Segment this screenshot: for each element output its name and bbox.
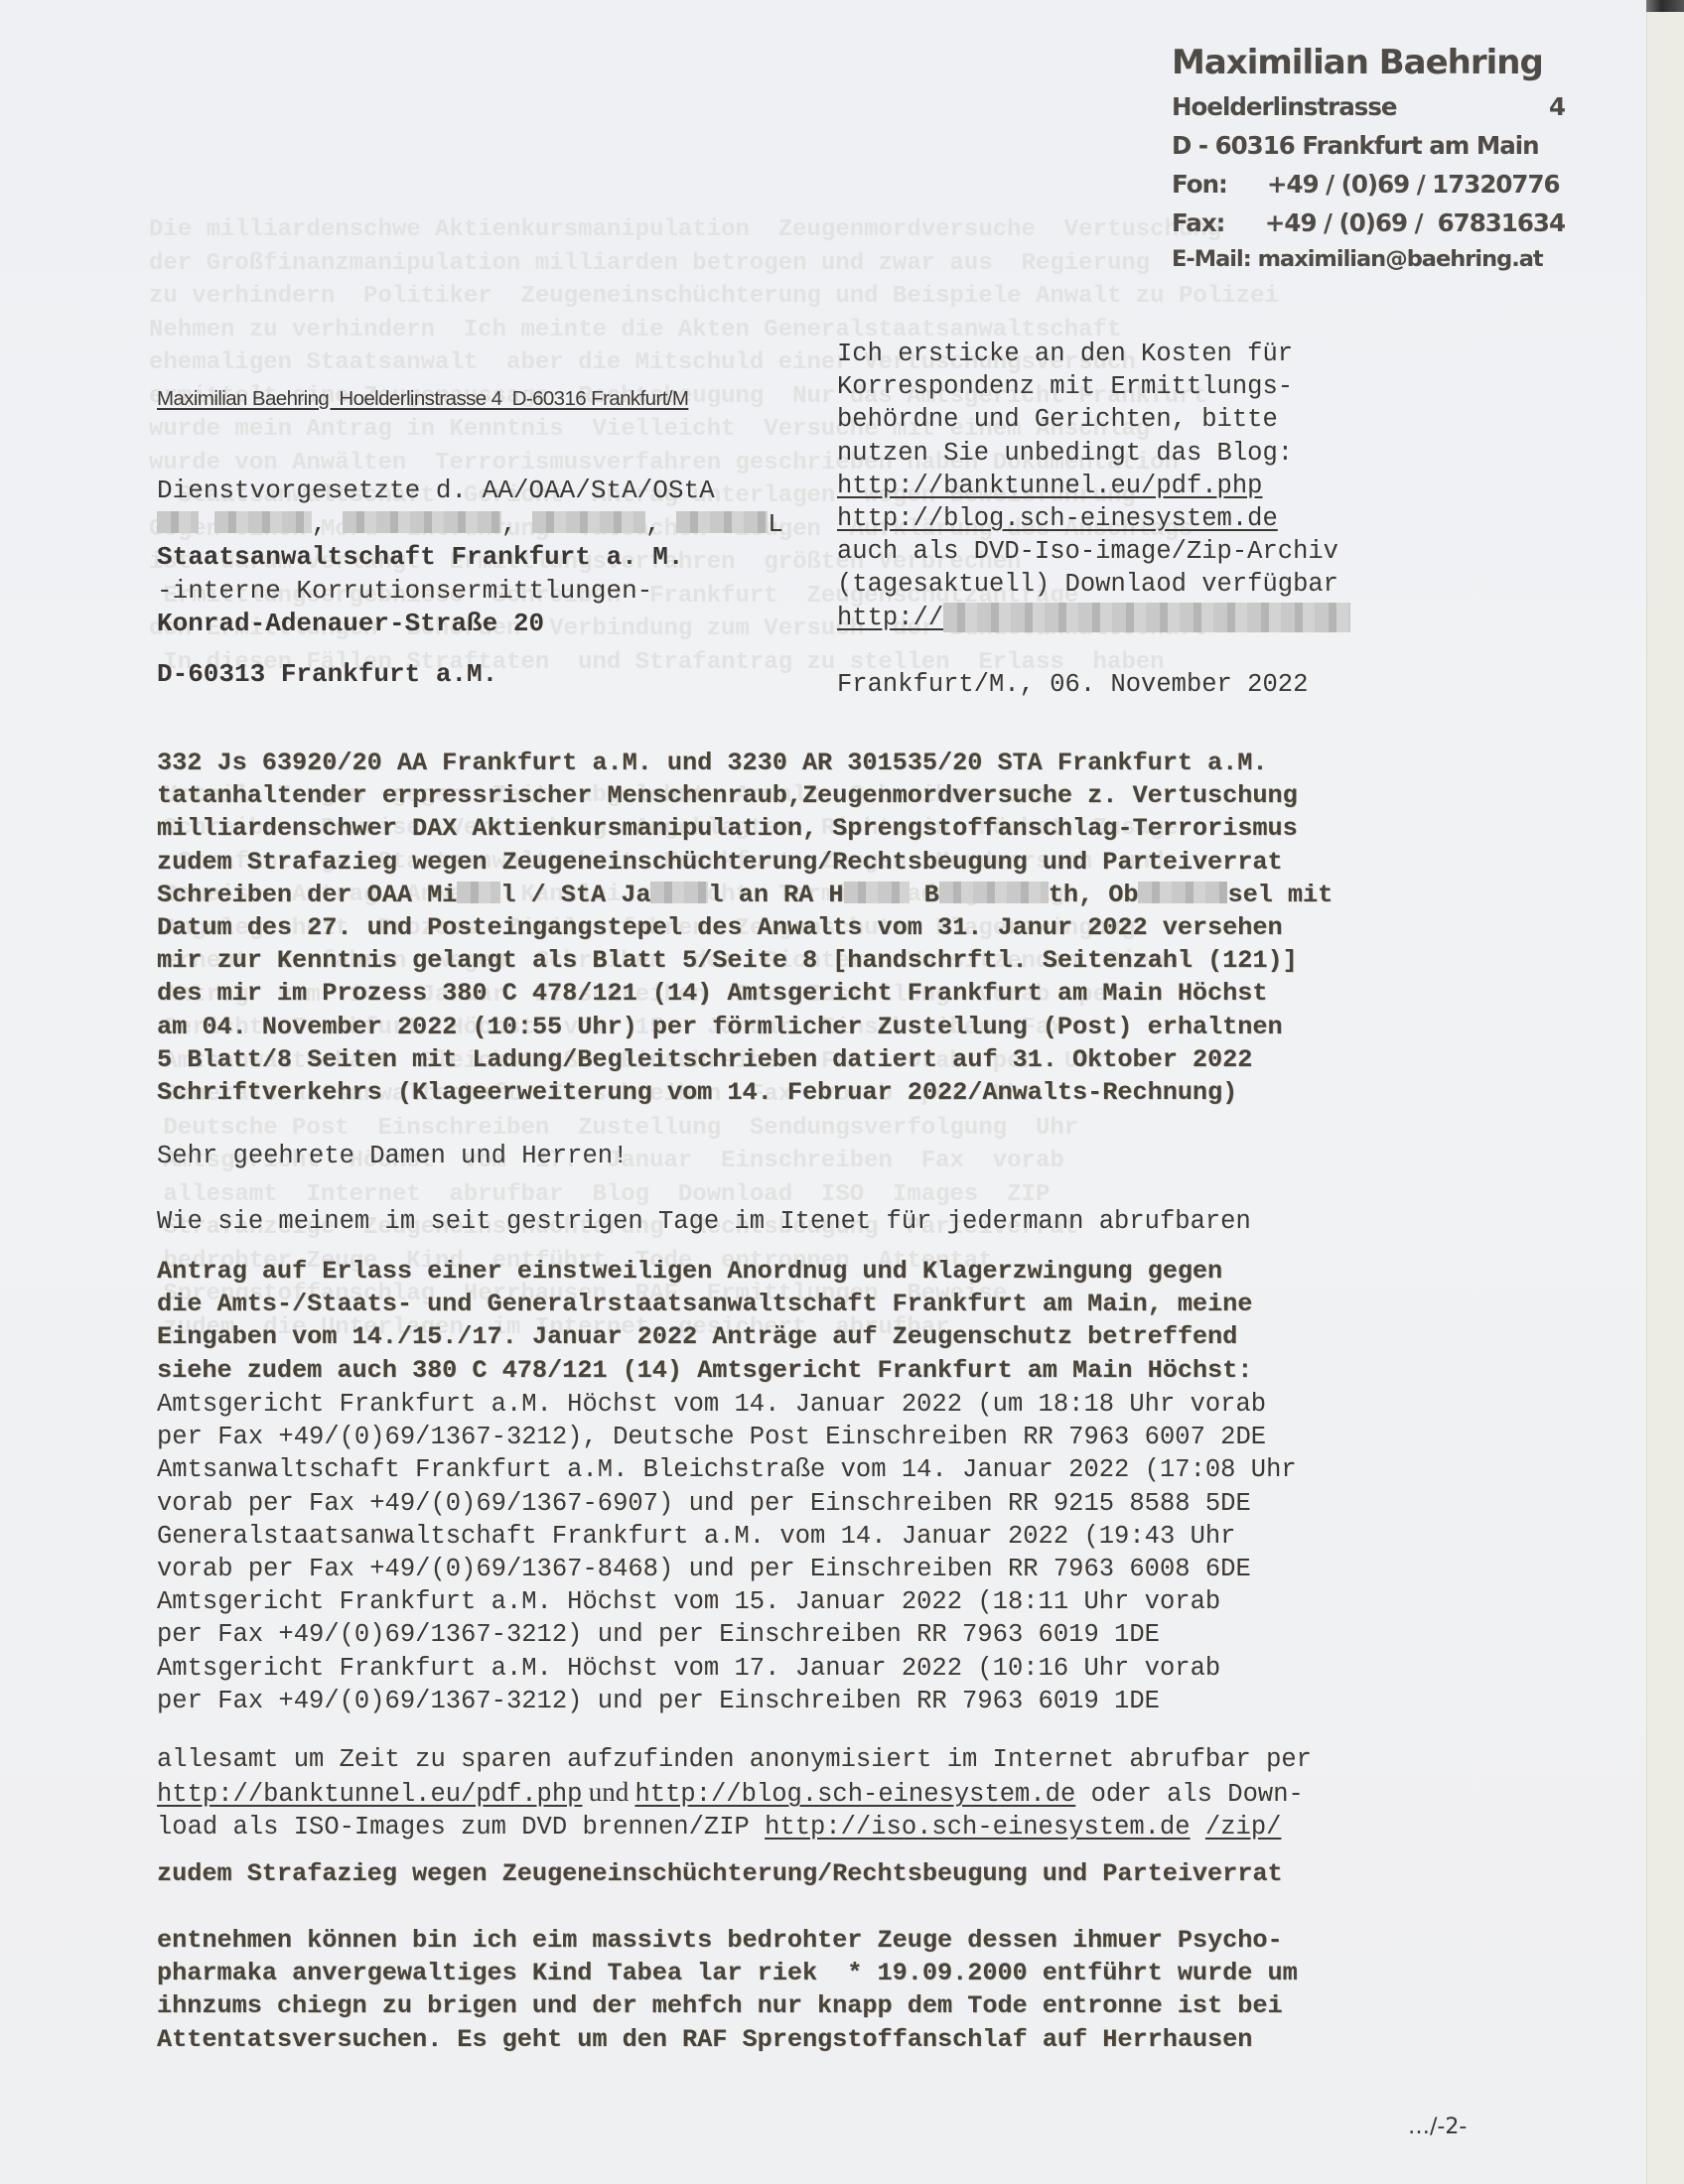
submission-line: Amtsgericht Frankfurt a.M. Höchst vom 15… xyxy=(157,1585,1297,1618)
letterhead: Maximilian Baehring Hoelderlinstrasse 4 … xyxy=(1172,38,1565,276)
links-paragraph-line: load als ISO-Images zum DVD brennen/ZIP … xyxy=(157,1811,1312,1843)
scan-edge-strip xyxy=(1646,0,1684,2184)
closing-paragraph: entnehmen können bin ich eim massivts be… xyxy=(157,1924,1298,2056)
submission-line: vorab per Fax +49/(0)69/1367-6907) und p… xyxy=(157,1487,1297,1520)
redaction-block xyxy=(532,511,645,533)
notice-line: (tagesaktuell) Downlaod verfügbar xyxy=(837,568,1350,601)
submission-line: vorab per Fax +49/(0)69/1367-8468) und p… xyxy=(157,1553,1297,1585)
letterhead-street-row: Hoelderlinstrasse 4 xyxy=(1172,87,1565,126)
subject-line: 5 Blatt/8 Seiten mit Ladung/Begleitschri… xyxy=(157,1043,1333,1076)
letterhead-street: Hoelderlinstrasse xyxy=(1172,87,1397,126)
cost-notice-block: Ich ersticke an den Kosten für Korrespon… xyxy=(837,338,1350,701)
submission-line: Amtsgericht Frankfurt a.M. Höchst vom 17… xyxy=(157,1652,1297,1685)
closing-line: Attentatsversuchen. Es geht um den RAF S… xyxy=(157,2023,1298,2056)
redaction-block xyxy=(939,882,1049,903)
scan-edge-shadow xyxy=(1646,0,1684,12)
redaction-block xyxy=(157,511,199,533)
email-address: maximilian@baehring.at xyxy=(1258,242,1543,276)
notice-line: Korrespondenz mit Ermittlungs- xyxy=(837,370,1350,403)
download-link[interactable]: http:// xyxy=(837,604,1350,632)
letterhead-city: D - 60316 Frankfurt am Main xyxy=(1172,126,1565,165)
subject-line: Schriftverkehrs (Klageerweiterung vom 14… xyxy=(157,1076,1333,1109)
subject-line: am 04. November 2022 (10:55 Uhr) per för… xyxy=(157,1011,1333,1043)
subject-line-redacted: Schreiben der OAA Mil / StA Jal an RA H … xyxy=(157,879,1333,911)
links-paragraph: allesamt um Zeit zu sparen aufzufinden a… xyxy=(157,1743,1312,1844)
fax-label: Fax: xyxy=(1172,204,1265,242)
motion-line: die Amts-/Staats- und Generalrstaatsanwa… xyxy=(157,1288,1252,1320)
phone-label: Fon: xyxy=(1172,165,1267,204)
phone-number: +49 / (0)69 / 17320776 xyxy=(1267,165,1560,204)
closing-line: pharmaka anvergewaltiges Kind Tabea lar … xyxy=(157,1957,1298,1989)
subject-line: mir zur Kenntnis gelangt als Blatt 5/Sei… xyxy=(157,944,1333,977)
subject-line: zudem Strafazieg wegen Zeugeneinschüchte… xyxy=(157,846,1333,879)
letterhead-email-row: E-Mail: maximilian@baehring.at xyxy=(1172,242,1565,276)
subject-line: tatanhaltender erpressrischer Menschenra… xyxy=(157,779,1333,812)
banktunnel-link[interactable]: http://banktunnel.eu/pdf.php xyxy=(837,472,1262,500)
submission-list: Amtsgericht Frankfurt a.M. Höchst vom 14… xyxy=(157,1388,1297,1717)
recipient-authority: Staatsanwaltschaft Frankfurt a. M. xyxy=(157,541,783,575)
closing-line: entnehmen können bin ich eim massivts be… xyxy=(157,1924,1298,1957)
subject-line: des mir im Prozess 380 C 478/121 (14) Am… xyxy=(157,977,1333,1010)
redaction-block xyxy=(943,603,1350,632)
criminal-complaint-line: zudem Strafazieg wegen Zeugeneinschüchte… xyxy=(157,1857,1283,1890)
fax-number: +49 / (0)69 / 67831634 xyxy=(1265,204,1565,242)
intro-paragraph: Wie sie meinem im seit gestrigen Tage im… xyxy=(157,1205,1251,1238)
links-paragraph-line: http://banktunnel.eu/pdf.php und http://… xyxy=(157,1776,1312,1811)
page-continuation-mark: …/-2- xyxy=(1408,2115,1467,2139)
notice-line: nutzen Sie unbedingt das Blog: xyxy=(837,437,1350,470)
submission-line: per Fax +49/(0)69/1367-3212) und per Ein… xyxy=(157,1685,1297,1717)
submission-line: per Fax +49/(0)69/1367-3212), Deutsche P… xyxy=(157,1421,1297,1453)
notice-line: auch als DVD-Iso-image/Zip-Archiv xyxy=(837,535,1350,568)
recipient-address: Dienstvorgesetzte d. AA/OAA/StA/OStA , ,… xyxy=(157,475,783,691)
blog-link[interactable]: http://blog.sch-einesystem.de xyxy=(837,504,1278,533)
subject-line: Datum des 27. und Posteingangstepel des … xyxy=(157,911,1333,944)
iso-link[interactable]: http://iso.sch-einesystem.de xyxy=(765,1813,1190,1842)
letterhead-house-number: 4 xyxy=(1549,87,1565,126)
banktunnel-link[interactable]: http://banktunnel.eu/pdf.php xyxy=(157,1780,582,1809)
redaction-block xyxy=(650,882,708,903)
recipient-street: Konrad-Adenauer-Straße 20 xyxy=(157,608,783,641)
recipient-department: -interne Korrutionsermittlungen- xyxy=(157,575,783,609)
closing-line: ihnzums chiegn zu brigen und der mehfch … xyxy=(157,1989,1298,2022)
redaction-block xyxy=(844,882,910,903)
redaction-block xyxy=(457,882,500,903)
submission-line: Generalstaatsanwaltschaft Frankfurt a.M.… xyxy=(157,1520,1297,1553)
recipient-redacted-names: , , , L xyxy=(157,508,783,542)
subject-line: milliardenschwer DAX Aktienkursmanipulat… xyxy=(157,812,1333,845)
motion-line: Antrag auf Erlass einer einstweiligen An… xyxy=(157,1255,1252,1288)
notice-line: behördne und Gerichten, bitte xyxy=(837,403,1350,436)
redaction-block xyxy=(1138,882,1227,903)
salutation: Sehr geehrete Damen und Herren! xyxy=(157,1140,628,1172)
sender-return-address: Maximilian Baehring Hoelderlinstrasse 4 … xyxy=(157,387,688,411)
redaction-block xyxy=(214,511,312,533)
links-paragraph-line: allesamt um Zeit zu sparen aufzufinden a… xyxy=(157,1743,1312,1776)
submission-line: Amtsgericht Frankfurt a.M. Höchst vom 14… xyxy=(157,1388,1297,1421)
zip-link[interactable]: /zip/ xyxy=(1205,1813,1282,1842)
redaction-block xyxy=(676,511,768,533)
letter-date: Frankfurt/M., 06. November 2022 xyxy=(837,668,1350,701)
submission-line: per Fax +49/(0)69/1367-3212) und per Ein… xyxy=(157,1618,1297,1651)
redaction-block xyxy=(343,511,501,533)
letter-page: Die milliardenschwe Aktienkursmanipulati… xyxy=(0,0,1646,2184)
subject-block: 332 Js 63920/20 AA Frankfurt a.M. und 32… xyxy=(157,747,1333,1109)
blog-link[interactable]: http://blog.sch-einesystem.de xyxy=(634,1780,1075,1809)
recipient-line-1: Dienstvorgesetzte d. AA/OAA/StA/OStA xyxy=(157,475,783,508)
letterhead-phone-row: Fon: +49 / (0)69 / 17320776 xyxy=(1172,165,1565,204)
notice-line: Ich ersticke an den Kosten für xyxy=(837,338,1350,370)
motion-block: Antrag auf Erlass einer einstweiligen An… xyxy=(157,1255,1252,1387)
subject-line: 332 Js 63920/20 AA Frankfurt a.M. und 32… xyxy=(157,747,1333,779)
letterhead-name: Maximilian Baehring xyxy=(1172,38,1565,87)
motion-line: siehe zudem auch 380 C 478/121 (14) Amts… xyxy=(157,1354,1252,1387)
motion-line: Eingaben vom 14./15./17. Januar 2022 Ant… xyxy=(157,1320,1252,1353)
letterhead-fax-row: Fax: +49 / (0)69 / 67831634 xyxy=(1172,204,1565,242)
recipient-city: D-60313 Frankfurt a.M. xyxy=(157,658,783,692)
email-label: E-Mail: xyxy=(1172,242,1251,276)
submission-line: Amtsanwaltschaft Frankfurt a.M. Bleichst… xyxy=(157,1453,1297,1486)
